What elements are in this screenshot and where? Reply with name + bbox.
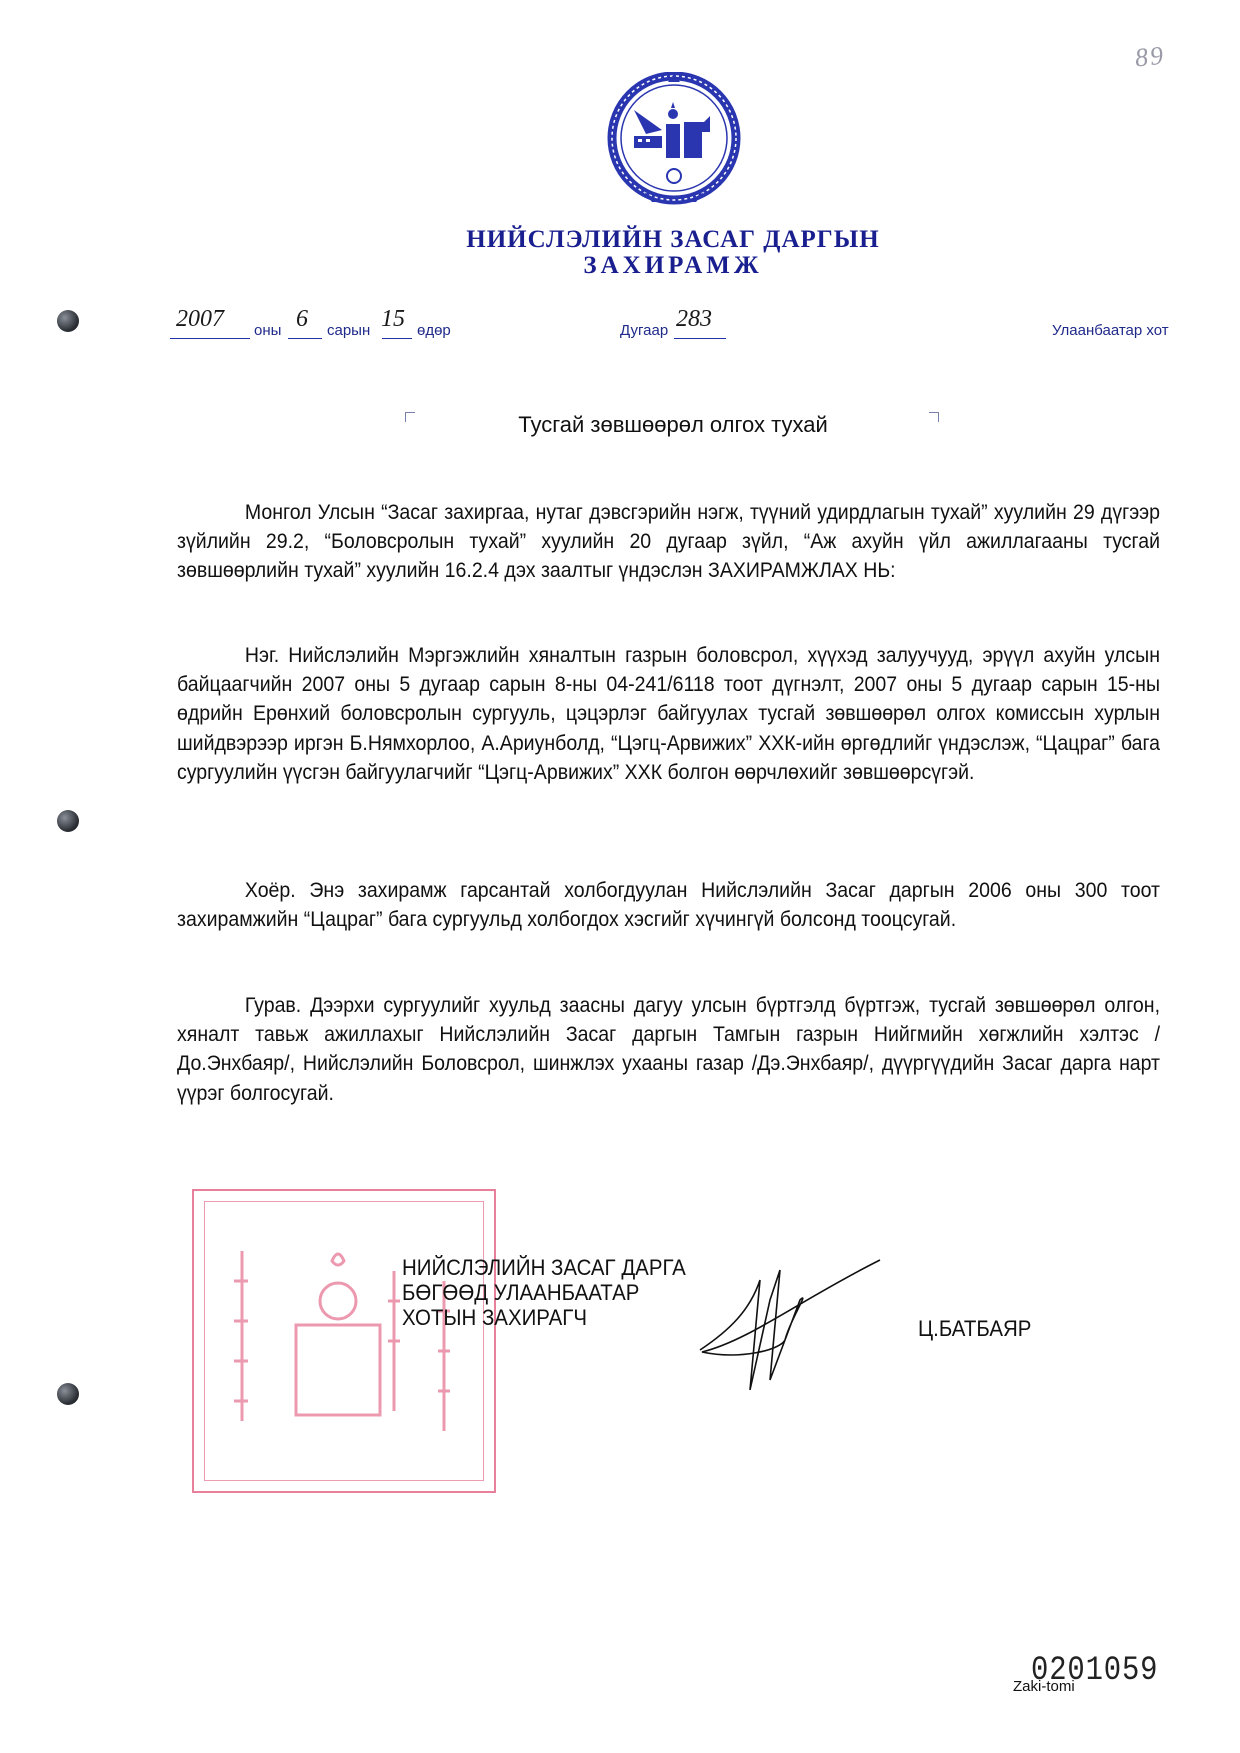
signatory-name: Ц.БАТБАЯР bbox=[918, 1316, 1031, 1342]
date-line: 2007 оны 6 сарын 15 өдөр bbox=[170, 318, 510, 346]
stamp-emblem-icon bbox=[194, 1191, 494, 1491]
handwritten-signature-icon bbox=[690, 1240, 890, 1410]
month-suffix: сарын bbox=[327, 322, 370, 339]
subject-heading: Тусгай зөвшөөрөл олгох тухай bbox=[0, 412, 1240, 438]
document-type-title: ЗАХИРАМЖ bbox=[0, 252, 1240, 280]
signatory-title-line: НИЙСЛЭЛИЙН ЗАСАГ ДАРГА bbox=[402, 1255, 686, 1280]
day-underline bbox=[382, 338, 412, 339]
hole-punch bbox=[57, 810, 79, 832]
footer-code: Zaki-tomi bbox=[1013, 1678, 1075, 1695]
mongolia-state-emblem-icon bbox=[604, 72, 744, 212]
hole-punch bbox=[57, 1383, 79, 1405]
day-suffix: өдөр bbox=[417, 322, 451, 339]
clause-two-paragraph: Хоёр. Энэ захирамж гарсантай холбогдуула… bbox=[177, 876, 1160, 934]
official-seal-stamp-icon bbox=[192, 1189, 496, 1493]
clause-one-paragraph: Нэг. Нийслэлийн Мэргэжлийн хяналтын газр… bbox=[177, 641, 1160, 787]
document-number: Дугаар 283 bbox=[620, 318, 760, 346]
preamble-paragraph: Монгол Улсын “Засаг захиргаа, нутаг дэвс… bbox=[177, 498, 1160, 586]
date-month: 6 bbox=[296, 306, 308, 333]
month-underline bbox=[288, 338, 322, 339]
signatory-title-line: ХОТЫН ЗАХИРАГЧ bbox=[402, 1305, 686, 1330]
number-label: Дугаар bbox=[620, 322, 668, 339]
org-title: НИЙСЛЭЛИЙН ЗАСАГ ДАРГЫН bbox=[0, 226, 1240, 254]
number-value: 283 bbox=[676, 306, 712, 333]
number-underline bbox=[674, 338, 726, 339]
year-suffix: оны bbox=[254, 322, 281, 339]
hole-punch bbox=[57, 310, 79, 332]
signatory-title: НИЙСЛЭЛИЙН ЗАСАГ ДАРГА БӨГӨӨД УЛААНБААТА… bbox=[402, 1255, 686, 1330]
signatory-title-line: БӨГӨӨД УЛААНБААТАР bbox=[402, 1280, 686, 1305]
city: Улаанбаатар хот bbox=[1052, 322, 1169, 350]
date-year: 2007 bbox=[176, 306, 224, 333]
year-underline bbox=[170, 338, 250, 339]
clause-three-paragraph: Гурав. Дээрхи сургуулийг хуульд заасны д… bbox=[177, 991, 1160, 1108]
page-number-mark: 89 bbox=[1134, 41, 1167, 74]
date-day: 15 bbox=[381, 306, 405, 333]
